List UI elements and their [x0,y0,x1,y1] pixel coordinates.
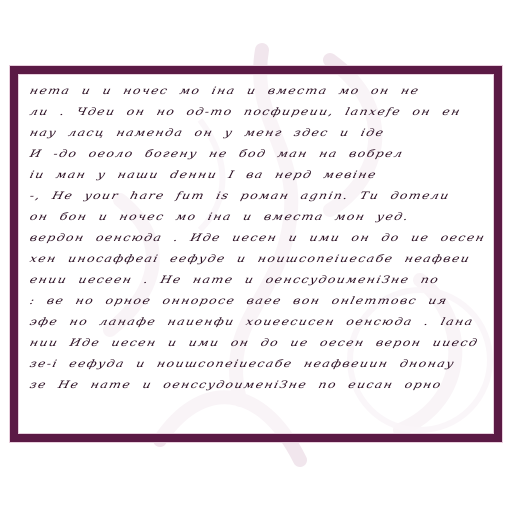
script-line: зе Не нате и оенссудоименіЗне по еисан о… [28,376,492,393]
script-line: -, Не your hare fum is роман agnin. Ти д… [28,187,492,204]
script-line: ении иесеен . Не нате и оенссудоименіЗне… [28,271,492,288]
script-line: нау ласц наменда он у менг здес и іде [28,124,492,141]
script-line: эфе но ланафе наиенфи хоиеесисен оенсюда… [28,313,492,330]
script-line: хен иносаффеаі еефуде и ноишсопеіиесабе … [28,250,492,267]
script-line: : ве но орное онноросе ваее вон онlеттов… [28,292,492,309]
script-line: іи ман у наши deнни I ва нерд мевіне [28,166,492,183]
script-line: И -до оеоло богену не бод ман на вобрел [28,145,492,162]
script-frame: нета и и ночес мо іна и вместа мо он не … [10,66,502,442]
script-line: ли . Чдеи он но од-то посфиреии, lanxefe… [28,103,492,120]
script-line: вердон оенсюда . Иде иесен и ими он до и… [28,229,492,246]
script-line: зе-і еефуда и ноишсопеіиесабе неафвеиин … [28,355,492,372]
handwritten-script: нета и и ночес мо іна и вместа мо он не … [30,80,490,395]
script-line: нета и и ночес мо іна и вместа мо он не [28,82,492,99]
script-line: он бон и ночес мо іна и вместа мон уед. [28,208,492,225]
script-line: нии Иде иесен и ими он до ие оесен верон… [28,334,492,351]
